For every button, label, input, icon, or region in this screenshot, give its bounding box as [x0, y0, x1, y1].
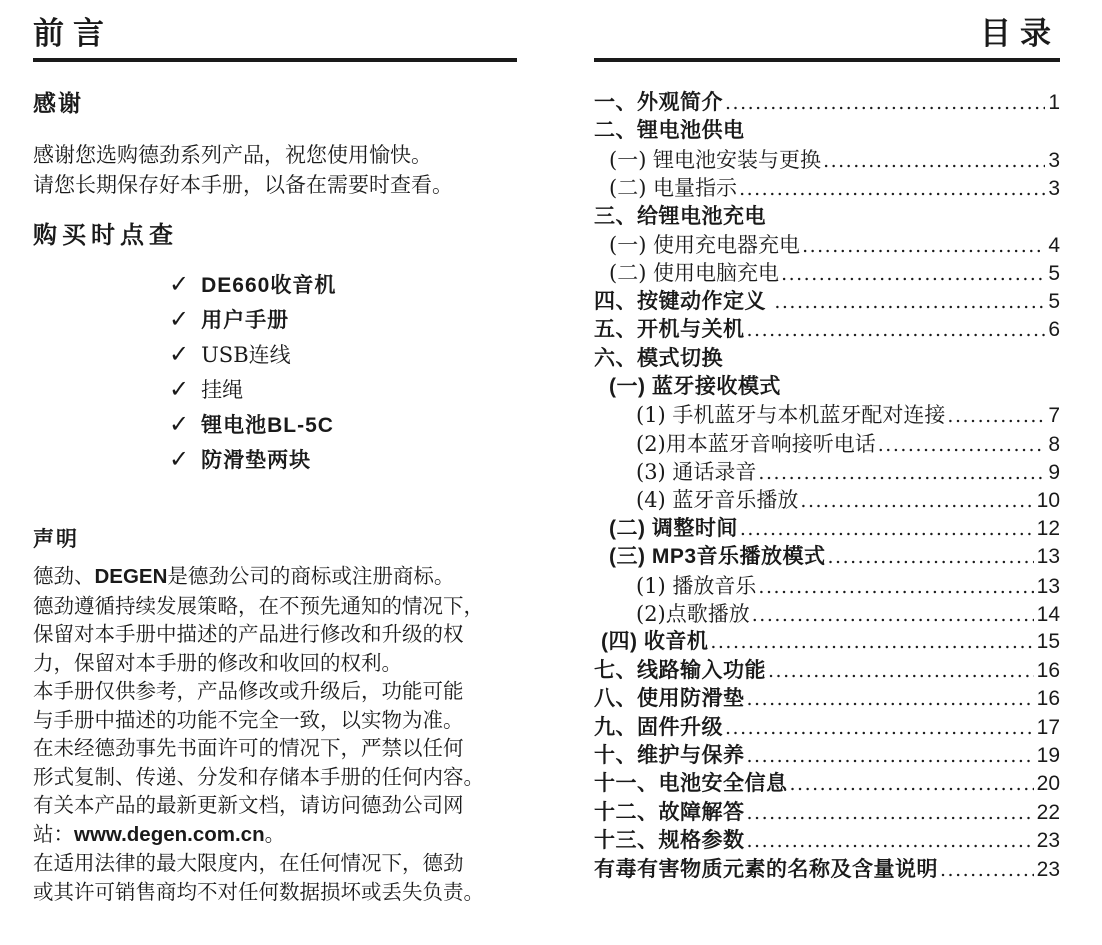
- toc-page-number: 4: [1048, 232, 1060, 260]
- thanks-paragraph: 感谢您选购德劲系列产品，祝您使用愉快。 请您长期保存好本手册，以备在需要时查看。: [33, 140, 517, 200]
- leader-dots: [940, 856, 1034, 884]
- checklist: ✓DE660收音机✓用户手册✓USB连线✓挂绳✓锂电池BL-5C✓防滑垫两块: [33, 266, 517, 476]
- leader-dots: [747, 685, 1034, 713]
- checklist-item: ✓DE660收音机: [169, 266, 517, 301]
- checklist-item-label: 锂电池BL-5C: [201, 409, 334, 439]
- leader-dots: [747, 742, 1034, 770]
- check-icon: ✓: [169, 377, 189, 401]
- toc-page-number: 16: [1037, 657, 1060, 685]
- toc-item-label: (二) 电量指示: [609, 174, 737, 202]
- toc-item: (二) 调整时间12: [594, 515, 1060, 543]
- toc-item-label: 十一、电池安全信息: [594, 770, 788, 798]
- thanks-line: 感谢您选购德劲系列产品，祝您使用愉快。: [33, 140, 517, 170]
- toc-page-number: 7: [1048, 402, 1060, 430]
- declaration-line: 德劲、DEGEN是德劲公司的商标或注册商标。: [33, 562, 517, 592]
- toc-item: (1) 手机蓝牙与本机蓝牙配对连接7: [594, 401, 1060, 429]
- toc-item: (2)用本蓝牙音响接听电话8: [594, 430, 1060, 458]
- toc-page-number: 10: [1037, 487, 1060, 515]
- thanks-line: 请您长期保存好本手册，以备在需要时查看。: [33, 170, 517, 200]
- foreword-page: 前言 感谢 感谢您选购德劲系列产品，祝您使用愉快。 请您长期保存好本手册，以备在…: [33, 0, 517, 906]
- toc-item-label: (一) 锂电池安装与更换: [609, 146, 821, 174]
- toc-item-label: 有毒有害物质元素的名称及含量说明: [594, 856, 938, 884]
- toc-list: 一、外观简介1二、锂电池供电(一) 锂电池安装与更换3(二) 电量指示3三、给锂…: [594, 89, 1060, 884]
- toc-item-label: (二) 调整时间: [609, 515, 738, 543]
- toc-item-label: 十三、规格参数: [594, 827, 745, 855]
- leader-dots: [725, 89, 1045, 117]
- toc-page-number: 23: [1037, 856, 1060, 884]
- toc-item-label: 二、锂电池供电: [594, 117, 745, 145]
- toc-page-number: 3: [1048, 147, 1060, 175]
- toc-item-label: (3) 通话录音: [636, 458, 756, 486]
- declaration-line: 形式复制、传递、分发和存储本手册的任何内容。: [33, 763, 517, 792]
- toc-page-number: 5: [1048, 260, 1060, 288]
- toc-page-number: 8: [1048, 431, 1060, 459]
- toc-page-number: 16: [1037, 685, 1060, 713]
- toc-item-label: 七、线路输入功能: [594, 657, 766, 685]
- toc-item-label: 六、模式切换: [594, 345, 723, 373]
- declaration-line: 或其许可销售商均不对任何数据损坏或丢失负责。: [33, 878, 517, 907]
- toc-item-label: (2)用本蓝牙音响接听电话: [636, 430, 876, 458]
- leader-dots: [800, 487, 1033, 515]
- leader-dots: [947, 402, 1045, 430]
- checklist-item: ✓防滑垫两块: [169, 441, 517, 476]
- toc-item: 有毒有害物质元素的名称及含量说明23: [594, 856, 1060, 884]
- toc-page-number: 14: [1037, 601, 1060, 629]
- check-icon: ✓: [169, 412, 189, 436]
- toc-page-number: 5: [1048, 288, 1060, 316]
- toc-item: 九、固件升级17: [594, 714, 1060, 742]
- toc-page-number: 13: [1037, 543, 1060, 571]
- leader-dots: [781, 260, 1045, 288]
- toc-page-number: 19: [1037, 742, 1060, 770]
- leader-dots: [739, 175, 1045, 203]
- toc-item: (二) 使用电脑充电5: [594, 259, 1060, 287]
- toc-item-label: (4) 蓝牙音乐播放: [636, 486, 798, 514]
- declaration-line: 力，保留对本手册的修改和收回的权利。: [33, 649, 517, 678]
- foreword-title-rule: [33, 58, 517, 62]
- toc-item-label: 八、使用防滑垫: [594, 685, 745, 713]
- thanks-heading: 感谢: [33, 88, 517, 118]
- check-icon: ✓: [169, 447, 189, 471]
- toc-item-label: (三) MP3音乐播放模式: [609, 543, 826, 571]
- declaration-line: 本手册仅供参考，产品修改或升级后，功能可能: [33, 677, 517, 706]
- toc-item-label: 十二、故障解答: [594, 799, 745, 827]
- toc-item: 十一、电池安全信息20: [594, 770, 1060, 798]
- toc-item-label: 三、给锂电池充电: [594, 203, 766, 231]
- toc-page-number: 15: [1037, 628, 1060, 656]
- toc-item-label: 十、维护与保养: [594, 742, 745, 770]
- toc-page-number: 1: [1048, 89, 1060, 117]
- foreword-title: 前言: [33, 12, 517, 56]
- declaration-line: 德劲遵循持续发展策略，在不预先通知的情况下，: [33, 592, 517, 621]
- toc-page-number: 3: [1048, 175, 1060, 203]
- toc-page-number: 17: [1037, 714, 1060, 742]
- declaration-line: 有关本产品的最新更新文档，请访问德劲公司网: [33, 791, 517, 820]
- toc-item: (一) 蓝牙接收模式: [594, 373, 1060, 401]
- toc-page-number: 9: [1048, 459, 1060, 487]
- toc-item: 六、模式切换: [594, 345, 1060, 373]
- leader-dots: [758, 573, 1033, 601]
- leader-dots: [710, 628, 1033, 656]
- checklist-item-label: 防滑垫两块: [201, 444, 311, 474]
- toc-item-label: 四、按键动作定义: [594, 288, 772, 316]
- leader-dots: [768, 657, 1034, 685]
- toc-item: (2)点歌播放14: [594, 600, 1060, 628]
- toc-item-label: (一) 使用充电器充电: [609, 231, 800, 259]
- toc-page-number: 6: [1048, 316, 1060, 344]
- toc-item: 十三、规格参数23: [594, 827, 1060, 855]
- toc-page-number: 20: [1037, 770, 1060, 798]
- toc-item: 一、外观简介1: [594, 89, 1060, 117]
- leader-dots: [740, 515, 1034, 543]
- checklist-heading: 购买时点查: [33, 220, 517, 252]
- declaration-line: 在未经德劲事先书面许可的情况下，严禁以任何: [33, 734, 517, 763]
- toc-item: (一) 锂电池安装与更换3: [594, 146, 1060, 174]
- toc-page-number: 12: [1037, 515, 1060, 543]
- checklist-item-label: 挂绳: [201, 374, 243, 404]
- checklist-item-label: 用户手册: [201, 304, 289, 334]
- toc-item: 七、线路输入功能16: [594, 657, 1060, 685]
- declaration-line: 保留对本手册中描述的产品进行修改和升级的权: [33, 620, 517, 649]
- toc-item: 五、开机与关机6: [594, 316, 1060, 344]
- checklist-item: ✓用户手册: [169, 301, 517, 336]
- toc-item: 十、维护与保养19: [594, 742, 1060, 770]
- checklist-item: ✓USB连线: [169, 336, 517, 371]
- leader-dots: [774, 288, 1045, 316]
- toc-item: 四、按键动作定义 5: [594, 288, 1060, 316]
- toc-item: 二、锂电池供电: [594, 117, 1060, 145]
- declaration-line: 站：www.degen.com.cn。: [33, 820, 517, 850]
- toc-item-label: (2)点歌播放: [636, 600, 750, 628]
- leader-dots: [747, 827, 1034, 855]
- toc-page-number: 13: [1037, 573, 1060, 601]
- toc-item: (三) MP3音乐播放模式13: [594, 543, 1060, 571]
- toc-item-label: 一、外观简介: [594, 89, 723, 117]
- toc-item-label: (1) 播放音乐: [636, 572, 756, 600]
- manual-spread: 前言 感谢 感谢您选购德劲系列产品，祝您使用愉快。 请您长期保存好本手册，以备在…: [0, 0, 1102, 945]
- leader-dots: [828, 543, 1034, 571]
- declaration-line: 在适用法律的最大限度内，在任何情况下，德劲: [33, 849, 517, 878]
- toc-item: (3) 通话录音9: [594, 458, 1060, 486]
- toc-page: 目录 一、外观简介1二、锂电池供电(一) 锂电池安装与更换3(二) 电量指示3三…: [594, 0, 1060, 884]
- toc-item: (二) 电量指示3: [594, 174, 1060, 202]
- toc-page-number: 23: [1037, 827, 1060, 855]
- toc-item: (4) 蓝牙音乐播放10: [594, 486, 1060, 514]
- check-icon: ✓: [169, 307, 189, 331]
- toc-item: (一) 使用充电器充电4: [594, 231, 1060, 259]
- check-icon: ✓: [169, 342, 189, 366]
- checklist-item-label: DE660收音机: [201, 269, 336, 299]
- toc-item-label: (一) 蓝牙接收模式: [609, 373, 781, 401]
- toc-item-label: (二) 使用电脑充电: [609, 259, 779, 287]
- leader-dots: [747, 316, 1046, 344]
- declaration-line: 与手册中描述的功能不完全一致，以实物为准。: [33, 706, 517, 735]
- toc-item: (1) 播放音乐13: [594, 572, 1060, 600]
- checklist-item: ✓锂电池BL-5C: [169, 406, 517, 441]
- toc-item-label: (1) 手机蓝牙与本机蓝牙配对连接: [636, 401, 945, 429]
- toc-item-label: 九、固件升级: [594, 714, 723, 742]
- toc-item-label: 五、开机与关机: [594, 316, 745, 344]
- toc-title: 目录: [594, 12, 1060, 56]
- toc-item: (四) 收音机15: [594, 628, 1060, 656]
- toc-item-label: (四) 收音机: [601, 628, 708, 656]
- toc-page-number: 22: [1037, 799, 1060, 827]
- leader-dots: [725, 714, 1034, 742]
- leader-dots: [802, 232, 1045, 260]
- declaration-heading: 声明: [33, 526, 517, 554]
- leader-dots: [752, 601, 1034, 629]
- leader-dots: [747, 799, 1034, 827]
- toc-item: 十二、故障解答22: [594, 799, 1060, 827]
- leader-dots: [878, 431, 1046, 459]
- leader-dots: [790, 770, 1034, 798]
- leader-dots: [823, 147, 1045, 175]
- checklist-item-label: USB连线: [201, 339, 291, 369]
- declaration-text: 德劲、DEGEN是德劲公司的商标或注册商标。德劲遵循持续发展策略，在不预先通知的…: [33, 562, 517, 906]
- check-icon: ✓: [169, 272, 189, 296]
- toc-title-rule: [594, 58, 1060, 62]
- leader-dots: [758, 459, 1045, 487]
- toc-item: 三、给锂电池充电: [594, 203, 1060, 231]
- toc-item: 八、使用防滑垫16: [594, 685, 1060, 713]
- checklist-item: ✓挂绳: [169, 371, 517, 406]
